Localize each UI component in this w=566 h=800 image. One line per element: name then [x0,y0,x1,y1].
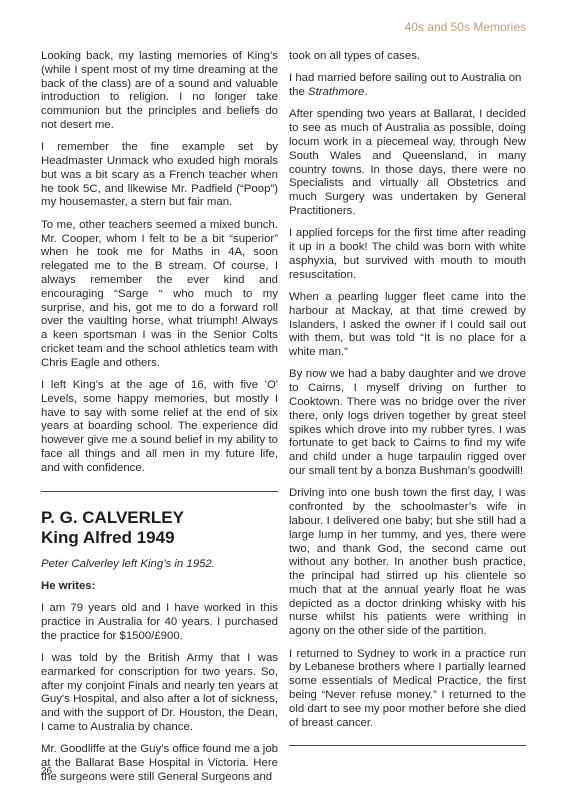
section-heading: P. G. CALVERLEY King Alfred 1949 [41,508,278,548]
paragraph: Looking back, my lasting memories of Kin… [41,50,278,133]
page-number: 26 [41,766,52,777]
paragraph: I applied forceps for the first time aft… [289,227,526,282]
running-head: 40s and 50s Memories [405,20,526,34]
paragraph: took on all types of cases. [289,50,526,64]
paragraph: To me, other teachers seemed a mixed bun… [41,219,278,371]
intro-line: Peter Calverley left King’s in 1952. [41,558,278,572]
paragraph: I am 79 years old and I have worked in t… [41,602,278,643]
section-divider [41,491,278,492]
right-column: took on all types of cases. I had marrie… [289,50,526,762]
paragraph: Mr. Goodliffe at the Guy’s office found … [41,743,278,784]
paragraph: I remember the fine example set by Headm… [41,141,278,210]
paragraph: After spending two years at Ballarat, I … [289,108,526,218]
paragraph: I had married before sailing out to Aust… [289,72,526,100]
paragraph: I was told by the British Army that I wa… [41,652,278,735]
paragraph: When a pearling lugger fleet came into t… [289,291,526,360]
left-column: Looking back, my lasting memories of Kin… [41,50,278,793]
paragraph: By now we had a baby daughter and we dro… [289,368,526,478]
section-divider [289,745,526,746]
paragraph: I returned to Sydney to work in a practi… [289,648,526,731]
text: . [364,86,367,98]
author-name: P. G. CALVERLEY [41,508,278,528]
paragraph: Driving into one bush town the first day… [289,487,526,639]
paragraph: I left King’s at the age of 16, with fiv… [41,379,278,476]
subhead: He writes: [41,580,278,594]
ship-name: Strathmore [308,86,364,98]
house-year: King Alfred 1949 [41,528,278,548]
